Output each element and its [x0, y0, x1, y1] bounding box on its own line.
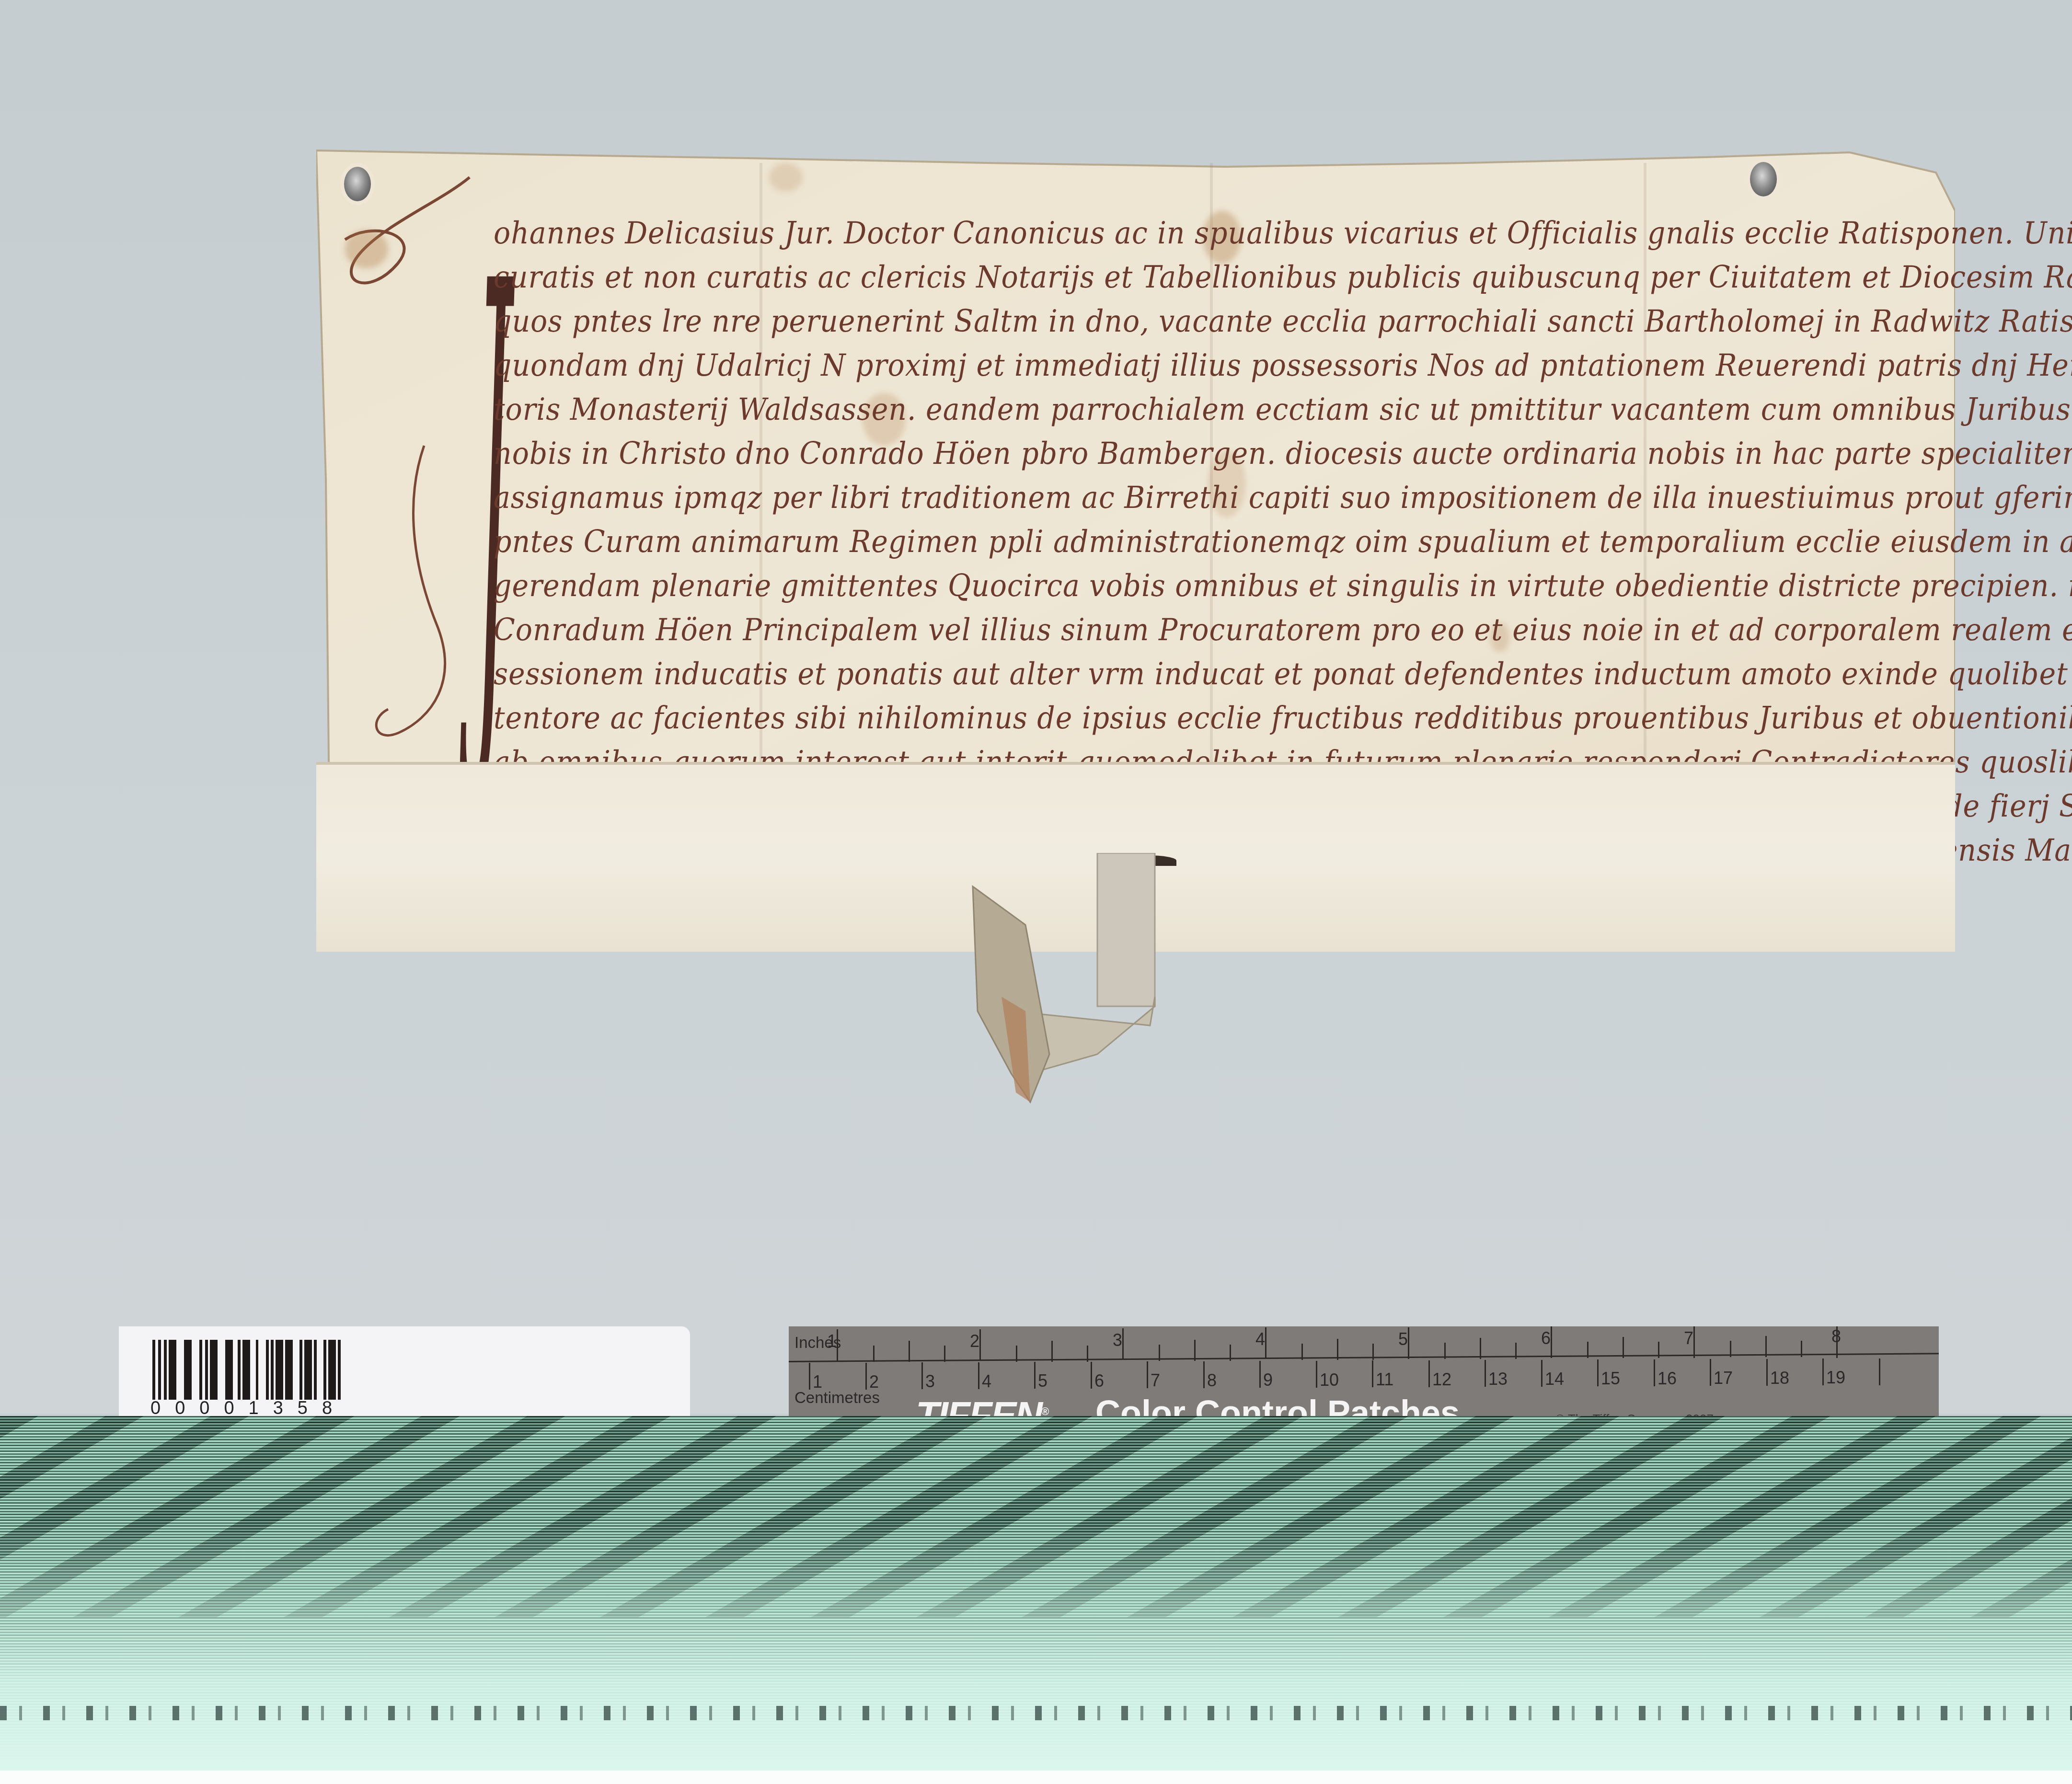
text-line: sessionem inducatis et ponatis aut alter…	[494, 656, 2072, 691]
text-line: nobis in Christo dno Conrado Höen pbro B…	[494, 436, 2072, 471]
text-line: pntes Curam animarum Regimen ppli admini…	[494, 524, 2072, 559]
text-line: quondam dnj Udalricj N proximj et immedi…	[494, 348, 2072, 383]
seal-strap	[954, 853, 1222, 1112]
mounting-pin-left	[344, 167, 371, 201]
text-line: gerendam plenarie gmittentes Quocirca vo…	[494, 568, 2072, 603]
text-line: assignamus ipmqz per libri traditionem a…	[494, 480, 2072, 515]
stain	[769, 163, 803, 192]
parchment-charter: J ohannes Delicasius Jur. Doctor Canonic…	[316, 144, 1955, 949]
text-line: toris Monasterij Waldsassen. eandem parr…	[494, 392, 2072, 427]
text-line: quos pntes lre nre peruenerint Saltm in …	[494, 304, 2072, 339]
barcode	[152, 1340, 341, 1400]
mounting-pin-right	[1750, 162, 1777, 196]
centimetres-label: Centimetres	[794, 1389, 880, 1407]
text-line: curatis et non curatis ac clericis Notar…	[494, 260, 2072, 295]
text-line: tentore ac facientes sibi nihilominus de…	[494, 701, 2072, 736]
bottom-edge	[0, 1771, 2072, 1784]
corrupted-dots	[0, 1706, 2072, 1720]
tiffen-ruler: Inches 1 2 3 4 5 6 7 8 1 2 3 4 5 6 7 8 9…	[789, 1326, 1939, 1417]
barcode-label: 0 0 0 0 1 3 5 8	[119, 1326, 690, 1417]
text-line: ohannes Delicasius Jur. Doctor Canonicus…	[494, 216, 2072, 251]
text-line: Conradum Höen Principalem vel illius sin…	[494, 612, 2072, 647]
stain	[345, 230, 388, 268]
